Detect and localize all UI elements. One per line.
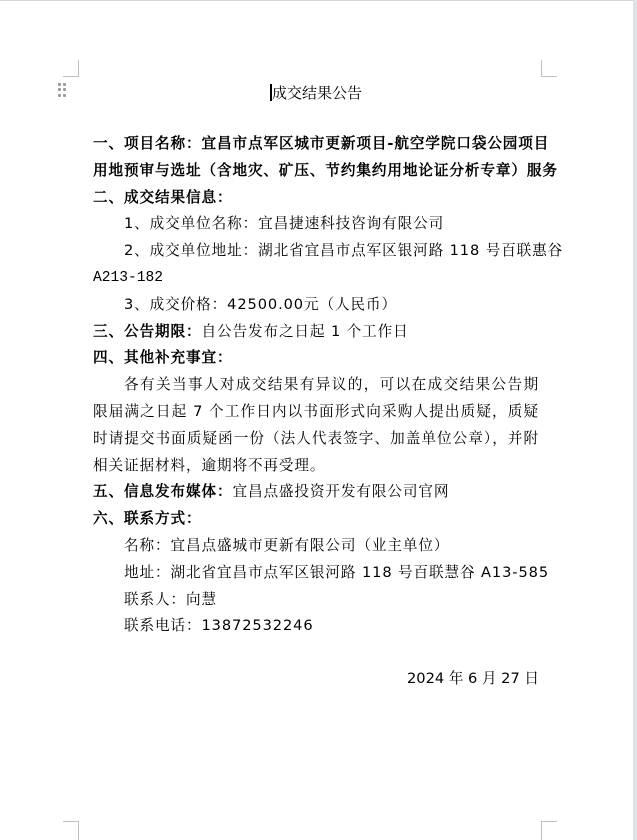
section-2-heading: 二、成交结果信息：	[93, 185, 539, 212]
contact-address-value: 湖北省宜昌市点军区银河路 118 号百联慧谷 A13-585	[170, 564, 549, 581]
section-3-value: 自公告发布之日起 1 个工作日	[201, 323, 408, 340]
section-4-heading: 四、其他补充事宜：	[93, 345, 539, 372]
contact-phone-value: 13872532246	[201, 617, 313, 634]
section-5-heading: 五、信息发布媒体：	[93, 483, 232, 500]
section-1-line-1: 一、项目名称：宜昌市点军区城市更新项目-航空学院口袋公园项目	[93, 131, 539, 158]
deal-company-address-label: 2、成交单位地址：	[124, 242, 258, 259]
section-4-paragraph: 各有关当事人对成交结果有异议的，可以在成交结果公告期限届满之日起 7 个工作日内…	[93, 372, 539, 479]
deal-price-label: 3、成交价格：	[124, 296, 227, 313]
deal-company-address: 2、成交单位地址：湖北省宜昌市点军区银河路 118 号百联惠谷	[93, 238, 539, 265]
section-1-line-2: 用地预审与选址（含地灾、矿压、节约集约用地论证分析专章）服务	[93, 158, 539, 185]
margin-corner-top-right	[541, 60, 557, 77]
margin-corner-bottom-left	[63, 821, 79, 840]
contact-name-value: 宜昌点盛城市更新有限公司（业主单位）	[170, 537, 449, 554]
contact-address-label: 地址：	[124, 564, 170, 581]
section-3-heading: 三、公告期限：	[93, 323, 201, 340]
deal-company-name: 1、成交单位名称：宜昌捷速科技咨询有限公司	[93, 211, 539, 238]
section-3: 三、公告期限：自公告发布之日起 1 个工作日	[93, 319, 539, 346]
deal-company-address-value: 湖北省宜昌市点军区银河路 118 号百联惠谷	[258, 242, 563, 259]
contact-person: 联系人：向慧	[93, 587, 539, 614]
deal-company-name-value: 宜昌捷速科技咨询有限公司	[258, 215, 444, 232]
contact-address: 地址：湖北省宜昌市点军区银河路 118 号百联慧谷 A13-585	[93, 560, 539, 587]
deal-price-value: 42500.00元（人民币）	[227, 296, 397, 313]
section-5: 五、信息发布媒体：宜昌点盛投资开发有限公司官网	[93, 479, 539, 506]
contact-name: 名称：宜昌点盛城市更新有限公司（业主单位）	[93, 533, 539, 560]
announcement-date: 2024 年 6 月 27 日	[93, 666, 539, 693]
paragraph-drag-handle-icon[interactable]	[58, 83, 68, 97]
section-1-value: 宜昌市点军区城市更新项目-航空学院口袋公园项目	[201, 135, 549, 152]
window-top-border	[0, 0, 637, 1]
contact-phone-label: 联系电话：	[124, 617, 201, 634]
section-5-value: 宜昌点盛投资开发有限公司官网	[232, 483, 449, 500]
vertical-scrollbar[interactable]	[633, 0, 637, 840]
deal-price: 3、成交价格：42500.00元（人民币）	[93, 292, 539, 319]
deal-company-name-label: 1、成交单位名称：	[124, 215, 258, 232]
title-text: 成交结果公告	[272, 84, 362, 102]
deal-company-address-continuation: A213-182	[93, 265, 539, 292]
section-1-heading: 一、项目名称：	[93, 135, 201, 152]
contact-name-label: 名称：	[124, 537, 170, 554]
margin-corner-top-left	[63, 60, 79, 77]
margin-corner-bottom-right	[541, 821, 557, 840]
contact-person-value: 向慧	[186, 591, 217, 608]
contact-phone: 联系电话：13872532246	[93, 613, 539, 640]
document-title[interactable]: 成交结果公告	[93, 80, 539, 106]
document-page[interactable]: 成交结果公告 一、项目名称：宜昌市点军区城市更新项目-航空学院口袋公园项目 用地…	[93, 80, 539, 693]
section-6-heading: 六、联系方式：	[93, 506, 539, 533]
contact-person-label: 联系人：	[124, 591, 186, 608]
